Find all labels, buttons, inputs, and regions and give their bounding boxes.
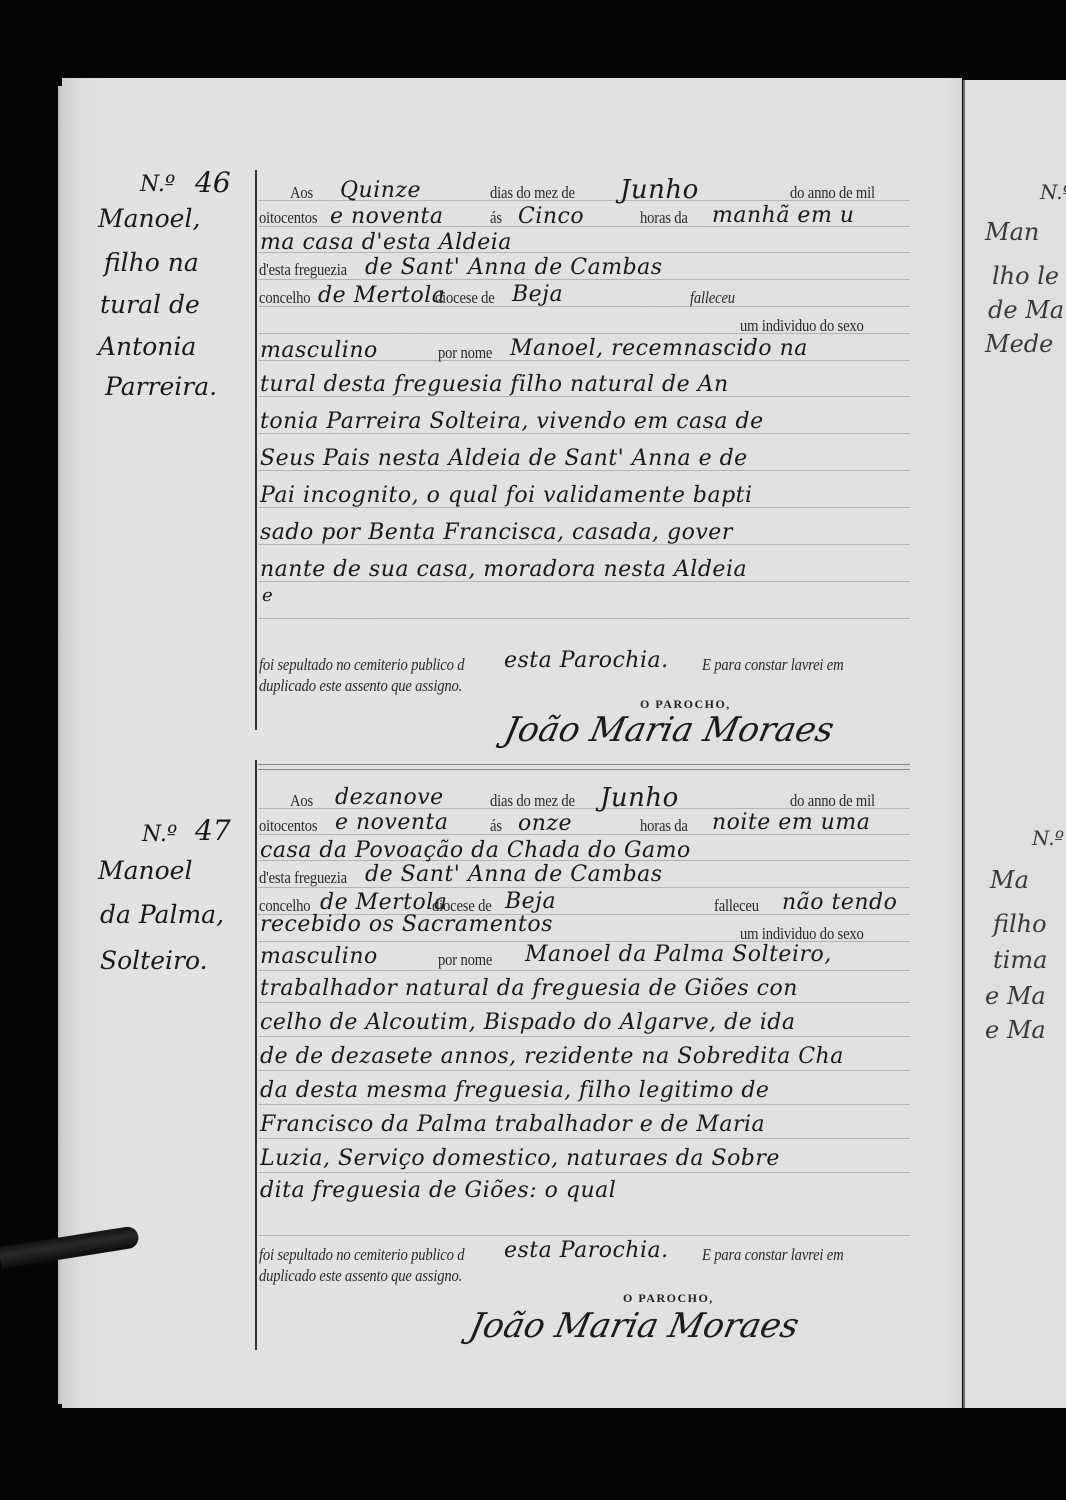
ruled-line: [258, 1235, 910, 1236]
ruled-line: [258, 1002, 910, 1003]
handwritten-text: não tendo: [782, 890, 897, 915]
printed-text: por nome: [438, 343, 492, 363]
handwritten-text: Francisco da Palma trabalhador e de Mari…: [260, 1112, 765, 1137]
printed-text: horas da: [640, 208, 688, 228]
margin-line: filho na: [104, 248, 199, 277]
handwritten-text: da desta mesma freguesia, filho legitimo…: [260, 1078, 769, 1103]
handwritten-month: Junho: [600, 783, 679, 813]
handwritten-text: esta Parochia.: [504, 648, 669, 673]
fragment-text: e Ma: [985, 1016, 1046, 1044]
handwritten-day: Quinze: [340, 178, 421, 203]
handwritten-text: trabalhador natural da freguesia de Giõe…: [260, 976, 798, 1001]
printed-text: oitocentos: [259, 208, 317, 228]
priest-signature: João Maria Moraes: [501, 710, 838, 750]
handwritten-day: dezanove: [335, 785, 444, 810]
printed-text: Aos: [290, 791, 313, 811]
parish-priest-label: O PAROCHO,: [623, 1291, 714, 1306]
handwritten-parish: de Sant' Anna de Cambas: [365, 862, 663, 887]
printed-text: falleceu: [714, 896, 759, 916]
handwritten-text: noite em uma: [712, 810, 870, 835]
fragment-text: Man: [985, 218, 1039, 246]
margin-line: Solteiro.: [100, 946, 208, 975]
margin-line: Antonia: [98, 332, 196, 361]
handwritten-text: tural desta freguesia filho natural de A…: [260, 372, 729, 397]
handwritten-sex: masculino: [260, 338, 378, 363]
handwritten-name: Manoel da Palma Solteiro,: [525, 942, 832, 967]
fragment-text: filho: [993, 910, 1047, 938]
printed-text: concelho: [259, 288, 310, 308]
handwritten-sex: masculino: [260, 944, 378, 969]
ruled-line: [258, 1036, 910, 1037]
ruled-line: [258, 1138, 910, 1139]
ruled-line: [258, 1104, 910, 1105]
printed-text: dias do mez de: [490, 183, 575, 203]
handwritten-hour: Cinco: [518, 204, 584, 229]
entry-number-label: N.º: [142, 822, 177, 847]
ruled-line: [258, 970, 910, 971]
printed-text: oitocentos: [259, 816, 317, 836]
printed-text: duplicado este assento que assigno.: [259, 1266, 462, 1286]
entry-number: 47: [195, 814, 231, 847]
handwritten-name: Manoel, recemnascido na: [510, 336, 808, 361]
printed-text: ás: [490, 208, 502, 228]
margin-line: tural de: [100, 290, 200, 319]
printed-text: um individuo do sexo: [740, 924, 864, 944]
printed-text: do anno de mil: [790, 791, 875, 811]
handwritten-parish: de Sant' Anna de Cambas: [365, 255, 663, 280]
handwritten-text: Pai incognito, o qual foi validamente ba…: [260, 483, 753, 508]
priest-signature: João Maria Moraes: [466, 1306, 803, 1346]
ruled-line: [258, 887, 910, 888]
printed-text: ás: [490, 816, 502, 836]
ruled-line: [258, 1070, 910, 1071]
printed-text: diocese de: [435, 288, 495, 308]
fragment-text: tima: [993, 946, 1047, 974]
handwritten-text: esta Parochia.: [504, 1238, 669, 1263]
handwritten-text: tonia Parreira Solteira, vivendo em casa…: [260, 409, 764, 434]
fragment-text: Mede: [985, 330, 1053, 358]
handwritten-year: e noventa: [335, 810, 449, 835]
entry-separator: [258, 769, 910, 770]
handwritten-month: Junho: [620, 175, 699, 205]
ruled-line: [258, 618, 910, 619]
printed-text: d'esta freguezia: [259, 260, 347, 280]
margin-line: Manoel,: [98, 204, 200, 233]
margin-line: da Palma,: [100, 900, 224, 929]
printed-text: d'esta freguezia: [259, 868, 347, 888]
handwritten-council: de Mertola: [318, 283, 445, 308]
printed-text: do anno de mil: [790, 183, 875, 203]
handwritten-year: e noventa: [330, 204, 444, 229]
fragment-text: Ma: [990, 866, 1029, 894]
fragment-text: e Ma: [985, 982, 1046, 1010]
printed-text: horas da: [640, 816, 688, 836]
handwritten-text: e: [262, 585, 273, 606]
handwritten-text: de de dezasete annos, rezidente na Sobre…: [260, 1044, 844, 1069]
handwritten-text: recebido os Sacramentos: [260, 912, 553, 937]
printed-text: por nome: [438, 950, 492, 970]
handwritten-text: celho de Alcoutim, Bispado do Algarve, d…: [260, 1010, 796, 1035]
printed-text: falleceu: [690, 288, 735, 308]
printed-text: um individuo do sexo: [740, 316, 864, 336]
margin-rule: [255, 170, 257, 730]
printed-text: foi sepultado no cemiterio publico d: [259, 1245, 464, 1265]
handwritten-hour: onze: [518, 811, 572, 836]
handwritten-text: Luzia, Serviço domestico, naturaes da So…: [260, 1146, 780, 1171]
printed-text: Aos: [290, 183, 313, 203]
margin-rule: [255, 760, 257, 1350]
handwritten-text: dita freguesia de Giões: o qual: [260, 1178, 616, 1203]
ruled-line: [258, 1172, 910, 1173]
handwritten-text: ma casa d'esta Aldeia: [260, 230, 512, 255]
printed-text: E para constar lavrei em: [702, 655, 844, 675]
handwritten-text: nante de sua casa, moradora nesta Aldeia: [260, 557, 747, 582]
printed-text: E para constar lavrei em: [702, 1245, 844, 1265]
handwritten-text: Seus Pais nesta Aldeia de Sant' Anna e d…: [260, 446, 748, 471]
entry-number: 46: [195, 166, 231, 199]
entry-separator: [258, 764, 910, 765]
handwritten-text: sado por Benta Francisca, casada, gover: [260, 520, 733, 545]
fragment-text: N.º: [1040, 180, 1066, 204]
fragment-text: lho le: [992, 262, 1059, 290]
printed-text: duplicado este assento que assigno.: [259, 676, 462, 696]
fragment-text: de Ma: [988, 296, 1064, 324]
margin-line: Manoel: [98, 856, 192, 885]
fragment-text: N.º: [1032, 826, 1064, 850]
printed-text: foi sepultado no cemiterio publico d: [259, 655, 464, 675]
handwritten-diocese: Beja: [512, 282, 563, 307]
handwritten-text: casa da Povoação da Chada do Gamo: [260, 838, 691, 863]
handwritten-diocese: Beja: [505, 889, 556, 914]
printed-text: dias do mez de: [490, 791, 575, 811]
entry-number-label: N.º: [140, 172, 175, 197]
handwritten-text: manhã em u: [712, 203, 854, 228]
margin-line: Parreira.: [105, 372, 217, 401]
